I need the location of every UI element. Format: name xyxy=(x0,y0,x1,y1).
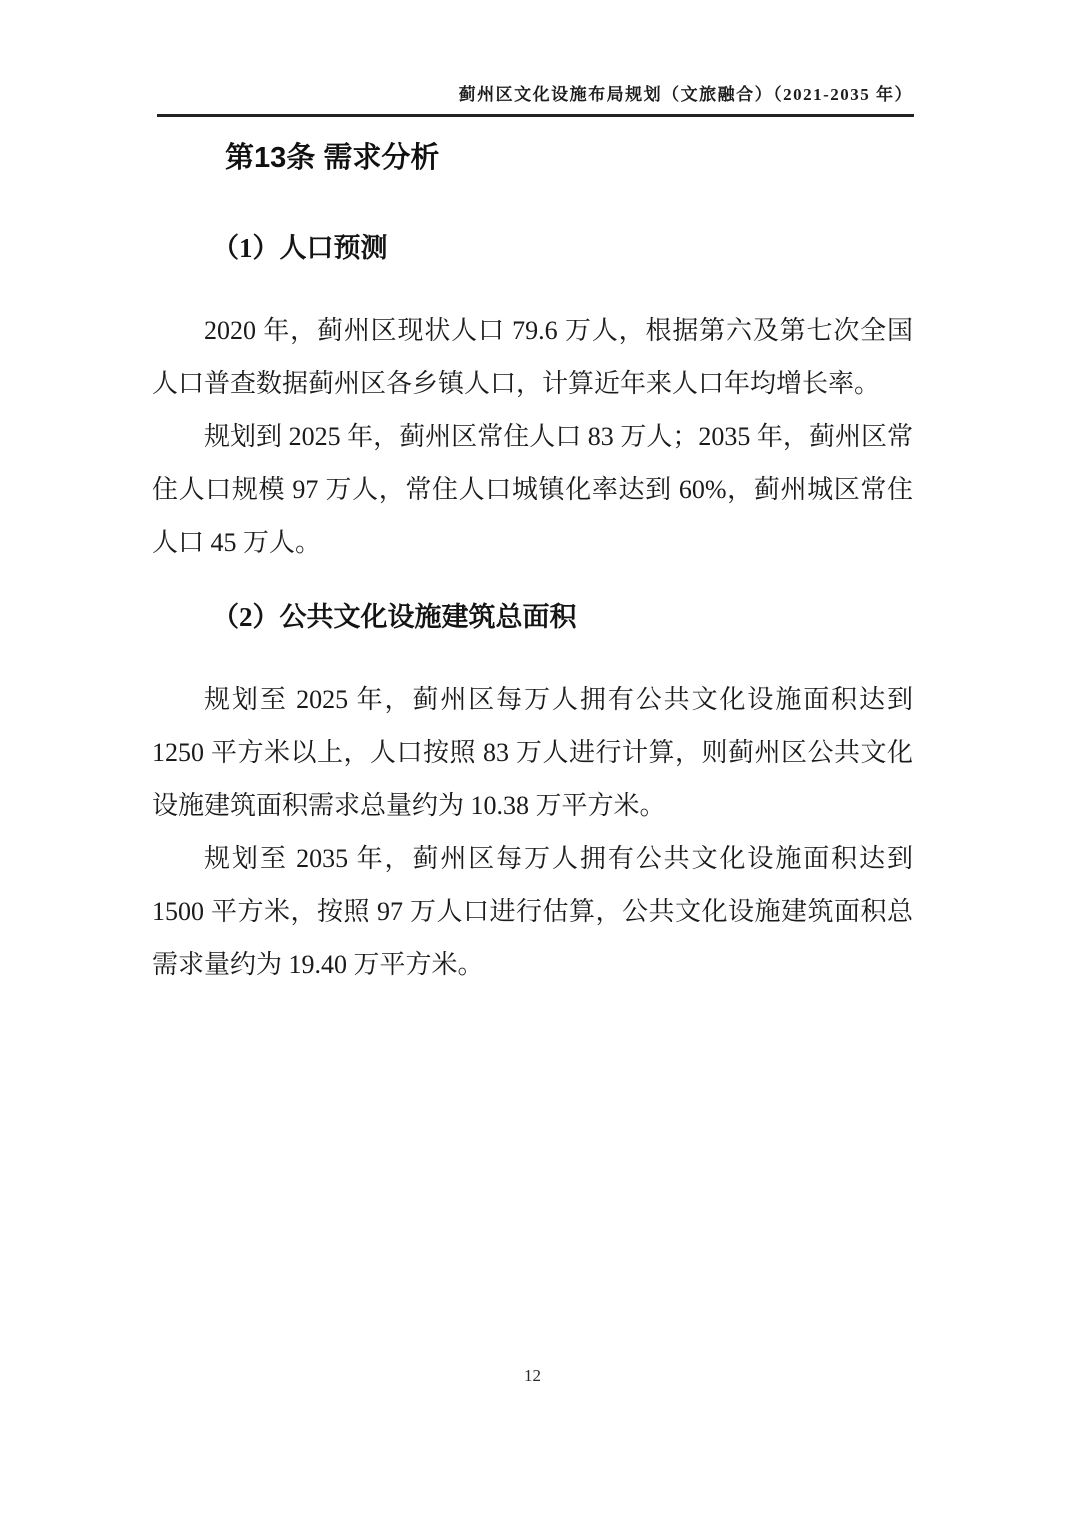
section-2-paragraph-2: 规划至 2035 年，蓟州区每万人拥有公共文化设施面积达到 1500 平方米，按… xyxy=(152,832,913,991)
header-rule xyxy=(157,114,914,117)
section-1-paragraph-2: 规划到 2025 年，蓟州区常住人口 83 万人；2035 年，蓟州区常住人口规… xyxy=(152,410,913,569)
page-content: 第13条 需求分析 （1）人口预测 2020 年，蓟州区现状人口 79.6 万人… xyxy=(152,140,913,991)
section-2-heading: （2）公共文化设施建筑总面积 xyxy=(152,601,913,633)
running-header: 蓟州区文化设施布局规划（文旅融合）（2021-2035 年） xyxy=(157,80,913,105)
section-1-heading: （1）人口预测 xyxy=(152,232,913,264)
section-1-paragraph-1: 2020 年，蓟州区现状人口 79.6 万人，根据第六及第七次全国人口普查数据蓟… xyxy=(152,304,913,410)
article-title: 第13条 需求分析 xyxy=(152,140,913,176)
document-page: 蓟州区文化设施布局规划（文旅融合）（2021-2035 年） 第13条 需求分析… xyxy=(0,0,1074,1520)
section-2-paragraph-1: 规划至 2025 年，蓟州区每万人拥有公共文化设施面积达到 1250 平方米以上… xyxy=(152,673,913,832)
page-number: 12 xyxy=(152,1366,913,1386)
